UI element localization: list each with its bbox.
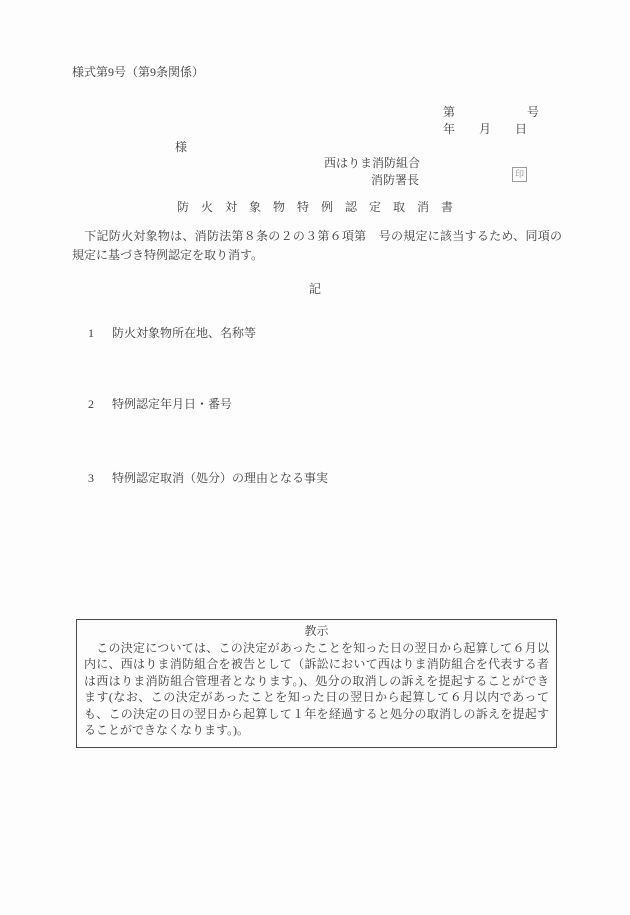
sender-title: 消防署長 <box>371 171 419 188</box>
list-item-certification-date: 2特例認定年月日・番号 <box>88 395 232 412</box>
item-number: 1 <box>88 326 112 341</box>
list-item-revocation-reason: 3特例認定取消（処分）の理由となる事実 <box>88 469 328 486</box>
notice-heading: 教示 <box>84 623 549 640</box>
seal-stamp-icon: 印 <box>512 167 527 182</box>
sender-organization: 西はりま消防組合 <box>324 154 420 171</box>
record-section-label: 記 <box>0 280 630 297</box>
item-label: 特例認定年月日・番号 <box>112 397 232 411</box>
body-paragraph: 下記防火対象物は、消防法第８条の２の３第６項第 号の規定に該当するため、同項の規… <box>72 227 562 265</box>
document-number-blank-line: 第 号 <box>443 103 539 120</box>
item-number: 3 <box>88 471 112 486</box>
form-number: 様式第9号（第9条関係） <box>72 63 204 80</box>
document-page: 様式第9号（第9条関係） 第 号 年 月 日 様 西はりま消防組合 消防署長 印… <box>0 0 630 915</box>
item-label: 防火対象物所在地、名称等 <box>112 326 256 340</box>
document-title: 防 火 対 象 物 特 例 認 定 取 消 書 <box>0 198 630 215</box>
date-blank-line: 年 月 日 <box>443 120 527 137</box>
item-label: 特例認定取消（処分）の理由となる事実 <box>112 471 328 485</box>
notice-body: この決定については、この決定があったことを知った日の翌日から起算して６月以内に、… <box>84 640 549 738</box>
list-item-property-location: 1防火対象物所在地、名称等 <box>88 324 256 341</box>
addressee-honorific: 様 <box>175 138 187 155</box>
item-number: 2 <box>88 397 112 412</box>
legal-notice-box: 教示 この決定については、この決定があったことを知った日の翌日から起算して６月以… <box>76 619 557 748</box>
